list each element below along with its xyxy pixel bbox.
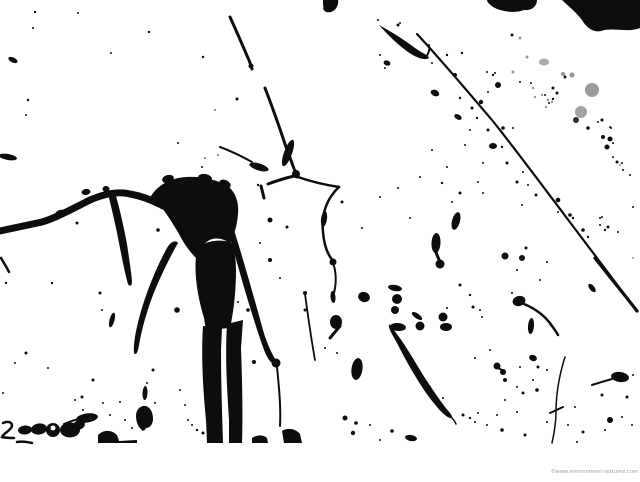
texture-page: ©www.environment-textures.com [0, 0, 640, 482]
ink-splatter-texture [0, 0, 640, 482]
watermark-text: ©www.environment-textures.com [551, 469, 638, 476]
